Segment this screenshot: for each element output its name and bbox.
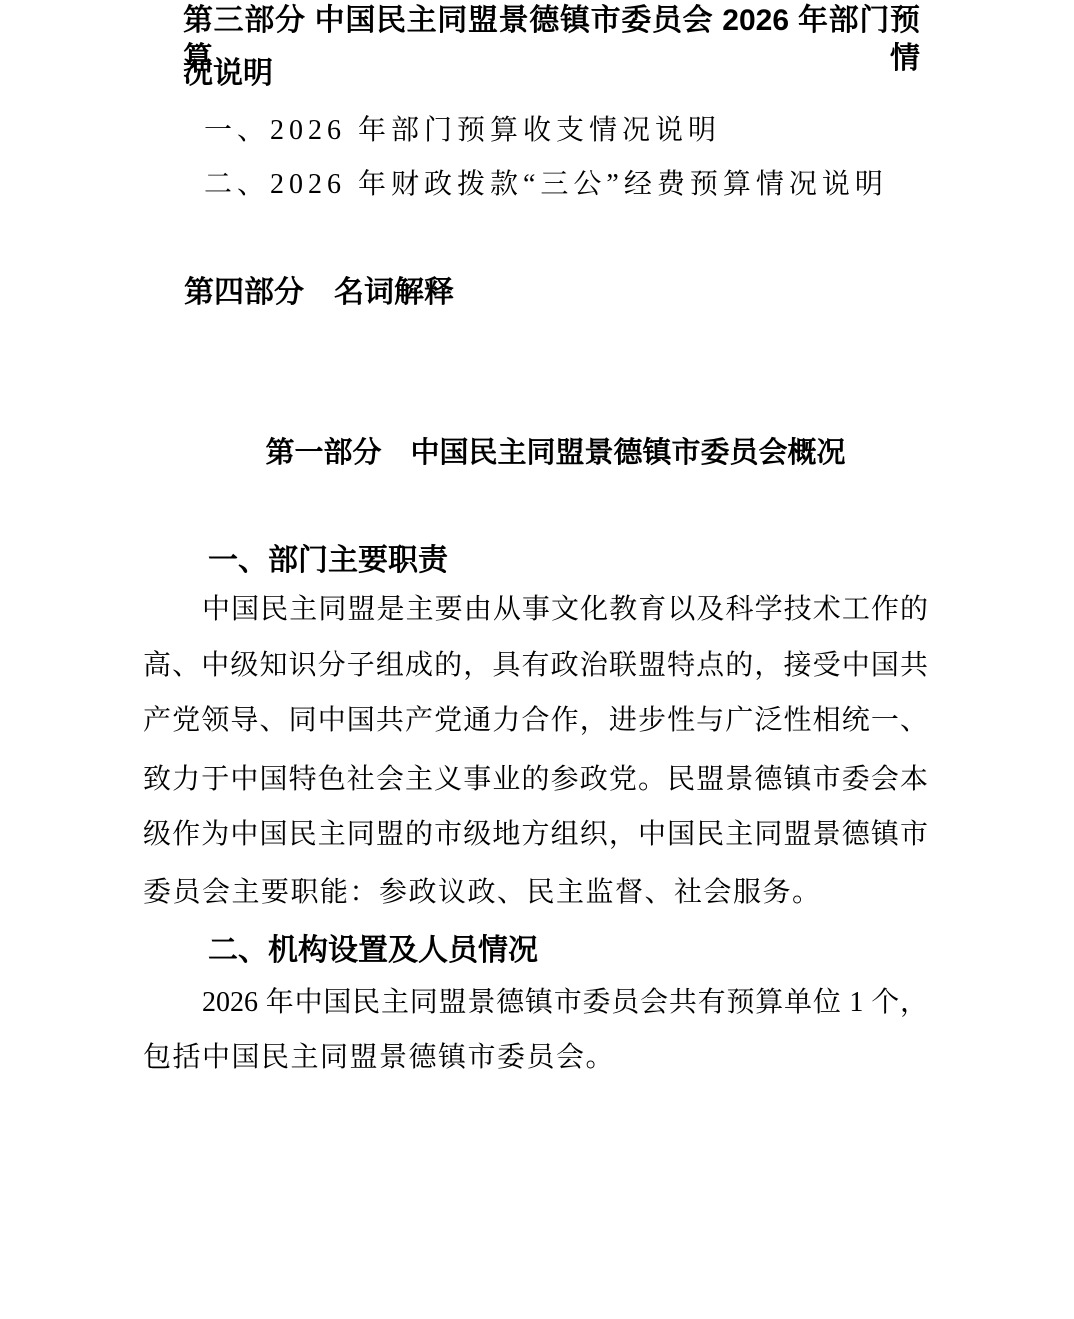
toc-item-1: 一、2026 年部门预算收支情况说明 <box>204 112 721 152</box>
part1-heading: 第一部分 中国民主同盟景德镇市委员会概况 <box>163 434 948 474</box>
part3-heading-line2: 况说明 <box>183 55 273 95</box>
toc-item-2: 二、2026 年财政拨款“三公”经费预算情况说明 <box>204 166 888 206</box>
section1-paragraph-line: 委员会主要职能：参政议政、民主监督、社会服务。 <box>143 874 822 914</box>
section1-paragraph-line: 产党领导、同中国共产党通力合作，进步性与广泛性相统一、 <box>143 702 928 742</box>
section2-heading: 二、机构设置及人员情况 <box>208 932 538 972</box>
section2-paragraph-line: 2026 年中国民主同盟景德镇市委员会共有预算单位 1 个， <box>202 984 928 1024</box>
section1-heading: 一、部门主要职责 <box>208 542 448 582</box>
section1-paragraph-line: 高、中级知识分子组成的，具有政治联盟特点的，接受中国共 <box>143 647 928 687</box>
part3-heading-line1: 第三部分 中国民主同盟景德镇市委员会 2026 年部门预算情 <box>183 2 920 42</box>
section1-paragraph-line: 中国民主同盟是主要由从事文化教育以及科学技术工作的 <box>202 591 928 631</box>
section1-paragraph-line: 致力于中国特色社会主义事业的参政党。民盟景德镇市委会本 <box>143 761 928 801</box>
section2-paragraph-line: 包括中国民主同盟景德镇市委员会。 <box>143 1039 615 1079</box>
part4-heading: 第四部分 名词解释 <box>184 274 454 314</box>
section1-paragraph-line: 级作为中国民主同盟的市级地方组织，中国民主同盟景德镇市 <box>143 816 928 856</box>
document-page: 第三部分 中国民主同盟景德镇市委员会 2026 年部门预算情 况说明 一、202… <box>0 0 1074 1319</box>
